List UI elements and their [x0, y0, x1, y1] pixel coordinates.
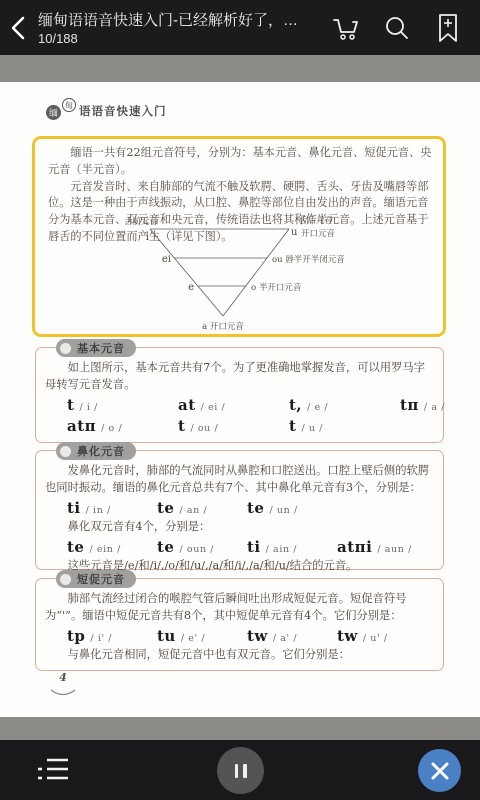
bottom-bar — [0, 740, 480, 800]
label-close-vowel: 开口元音 — [301, 228, 336, 239]
label-i: i — [146, 232, 149, 243]
label-a: a 开口元音 — [202, 321, 244, 332]
list-icon — [36, 754, 70, 786]
vowel-entry: atпi/ aun / — [337, 538, 412, 556]
section-text: 鼻化双元音有4个，分别是： — [45, 518, 435, 535]
vowel-entry: tw/ a' / — [247, 627, 321, 645]
brand-circle-dian: 甸 — [62, 98, 76, 112]
vowel-entry: te/ an / — [157, 499, 231, 517]
vowel-entry: atп/ o / — [67, 417, 162, 435]
contents-button[interactable] — [36, 754, 70, 786]
title-block: 缅甸语语音快速入门-已经解析好了，… 10/188 — [38, 9, 324, 47]
back-button[interactable] — [0, 0, 38, 55]
close-button[interactable] — [418, 749, 461, 792]
badge-label: 鼻化元音 — [77, 443, 125, 459]
section-nasalized-vowels: 鼻化元音 发鼻化元音时，肺部的气流同时从鼻腔和口腔送出。口腔上壁后侧的软腭也同时… — [35, 450, 444, 570]
book-title: 缅甸语语音快速入门-已经解析好了，… — [38, 11, 324, 30]
intro-paragraph-1: 缅语一共有22组元音符号，分别为：基本元音、鼻化元音、短促元音、央元音（半元音）… — [43, 145, 437, 179]
vowel-entry: te/ ein / — [67, 538, 141, 556]
vowel-entry: te/ un / — [247, 499, 321, 517]
vowel-entry: te/ oun / — [157, 538, 231, 556]
cart-button[interactable] — [324, 6, 368, 50]
badge-dot-icon — [60, 574, 71, 585]
section-text: 肺部气流经过闭合的喉腔气管后瞬间吐出形成短促元音。短促音符号为“'”。缅语中短促… — [45, 590, 435, 624]
vowel-entry: t,/ e / — [289, 396, 384, 414]
section-badge: 基本元音 — [56, 339, 136, 357]
page-number: 4 — [48, 671, 78, 702]
brand-text: 语语音快速入门 — [79, 103, 167, 120]
section-short-vowels: 短促元音 肺部气流经过闭合的喉腔气管后瞬间吐出形成短促元音。短促音符号为“'”。… — [35, 578, 444, 671]
page-number-swoosh — [49, 689, 77, 697]
pause-icon — [235, 764, 247, 778]
section-text: 发鼻化元音时，肺部的气流同时从鼻腔和口腔送出。口腔上壁后侧的软腭也同时振动。缅语… — [45, 462, 435, 496]
badge-dot-icon — [60, 446, 71, 457]
vowel-entry: t/ ou / — [178, 417, 273, 435]
label-e: e — [188, 282, 194, 293]
bookmark-add-icon — [437, 13, 459, 43]
vowel-row: atп/ o / t/ ou / t/ u / — [67, 417, 435, 435]
document-page[interactable]: 缅 甸 语语音快速入门 缅语一共有22组元音符号，分别为：基本元音、鼻化元音、短… — [0, 82, 480, 717]
badge-label: 基本元音 — [77, 340, 125, 356]
close-icon — [431, 762, 449, 780]
vowel-entry: ti/ ain / — [247, 538, 321, 556]
top-bar-actions — [324, 6, 480, 50]
label-back-vowel: 舌后元音 — [299, 215, 334, 226]
vowel-entry: at/ ei / — [178, 396, 273, 414]
vowel-entry: tп/ a / — [400, 396, 480, 414]
section-basic-vowels: 基本元音 如上图所示，基本元音共有7个。为了更准确地掌握发音，可以用罗马字母转写… — [35, 347, 444, 443]
label-ou: ou 唇半开半闭元音 — [272, 254, 345, 265]
badge-label: 短促元音 — [77, 571, 125, 587]
vowel-entry: ti/ in / — [67, 499, 141, 517]
search-button[interactable] — [375, 6, 419, 50]
bookmark-button[interactable] — [426, 6, 470, 50]
highlighted-intro-box: 缅语一共有22组元音符号，分别为：基本元音、鼻化元音、短促元音、央元音（半元音）… — [32, 136, 446, 337]
cart-icon — [331, 14, 361, 42]
vowel-entry: t/ i / — [67, 396, 162, 414]
pause-button[interactable] — [217, 747, 264, 794]
vowel-row: tp/ i' / tu/ e' / tw/ a' / tw/ u' / — [67, 627, 435, 645]
section-text: 与鼻化元音相同，短促元音中也有双元音。它们分别是： — [45, 646, 435, 663]
vowel-entry: tw/ u' / — [337, 627, 411, 645]
section-badge: 鼻化元音 — [56, 442, 136, 460]
vowel-row: t/ i / at/ ei / t,/ e / tп/ a / — [67, 396, 435, 414]
back-chevron-icon — [9, 14, 29, 42]
label-o: o 半开口元音 — [251, 282, 302, 293]
vowel-entry: tp/ i' / — [67, 627, 141, 645]
vowel-row: te/ ein / te/ oun / ti/ ain / atпi/ aun … — [67, 538, 435, 556]
section-text: 如上图所示，基本元音共有7个。为了更准确地掌握发音，可以用罗马字母转写元音发音。 — [45, 359, 435, 393]
label-ei: ei — [162, 254, 171, 265]
vowel-entry: t/ u / — [289, 417, 384, 435]
label-u: u — [291, 227, 298, 238]
vowel-row: ti/ in / te/ an / te/ un / — [67, 499, 435, 517]
top-bar: 缅甸语语音快速入门-已经解析好了，… 10/188 — [0, 0, 480, 55]
vowel-triangle-diagram: 舌前元音 i 舌后元音 u 开口元音 ei ou 唇半开半闭元音 e o 半开口… — [37, 213, 445, 334]
label-front-vowel: 舌前元音 — [124, 216, 159, 227]
badge-dot-icon — [60, 343, 71, 354]
vowel-entry: tu/ e' / — [157, 627, 231, 645]
page-indicator: 10/188 — [38, 30, 324, 47]
search-icon — [384, 15, 410, 41]
brand-circle-mian: 缅 — [46, 105, 61, 120]
section-badge: 短促元音 — [56, 570, 136, 588]
book-brand-header: 缅 甸 语语音快速入门 — [46, 98, 167, 120]
